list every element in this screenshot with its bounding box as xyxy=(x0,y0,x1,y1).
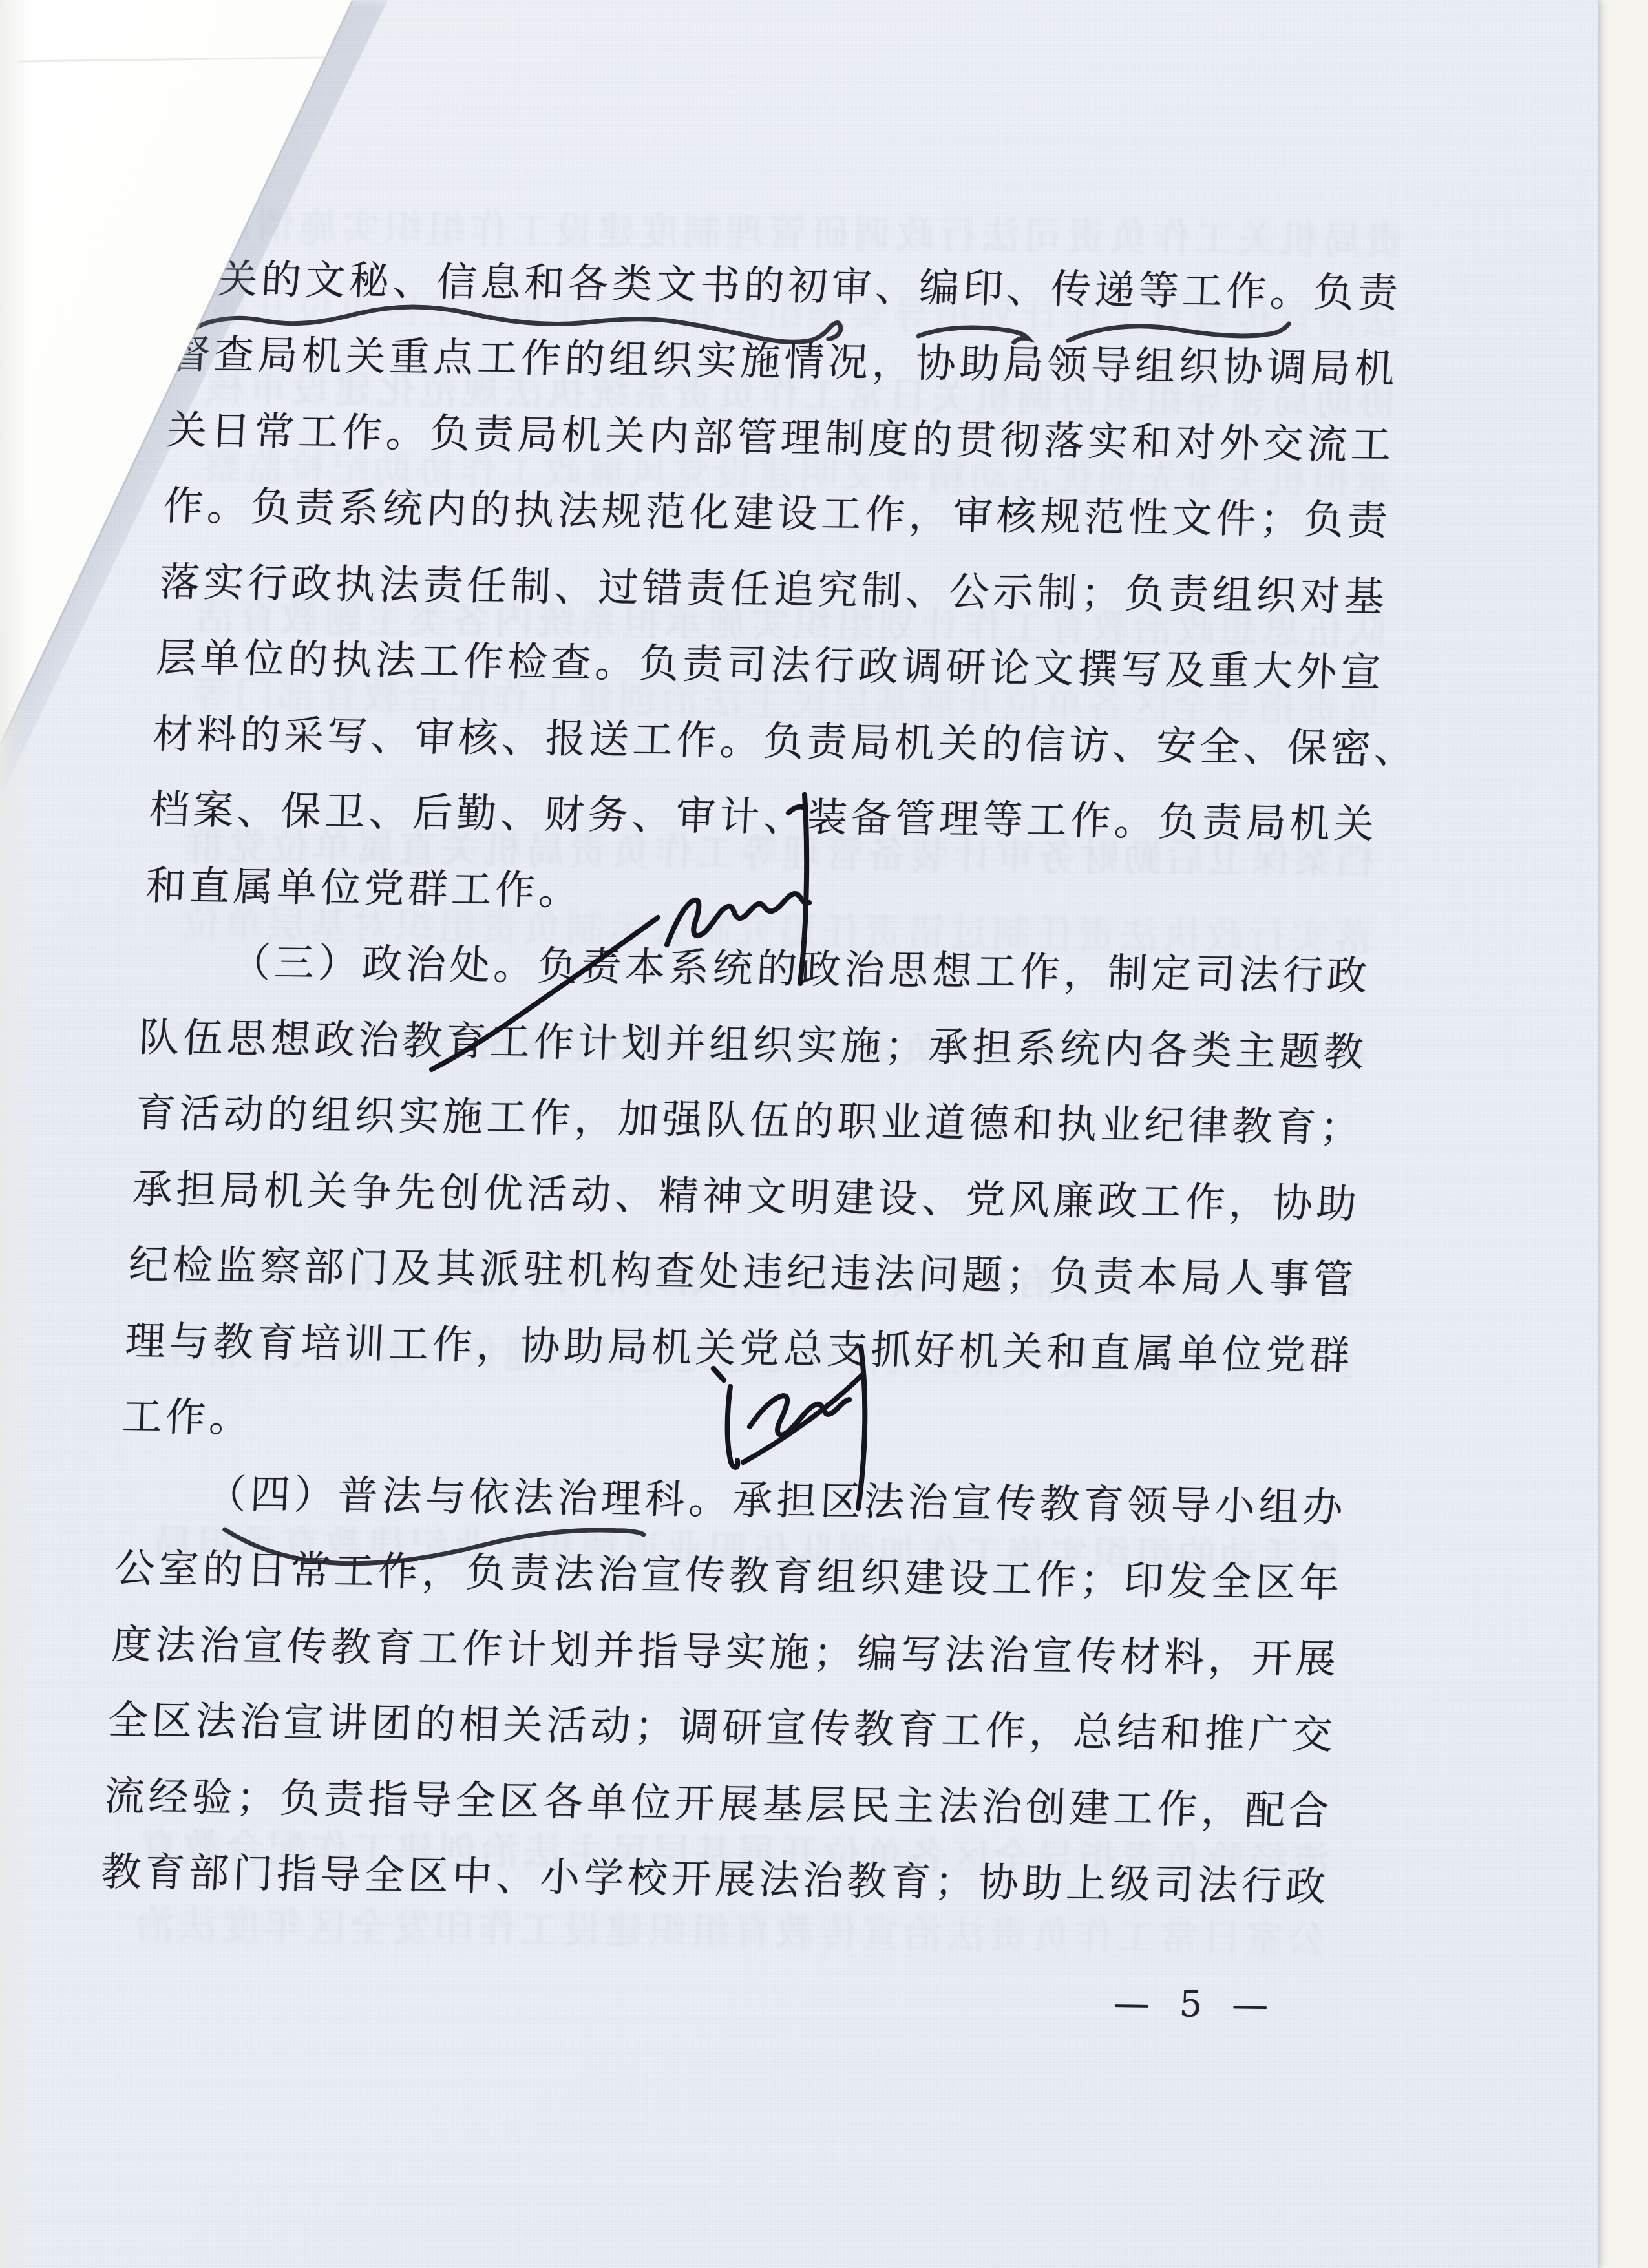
text-line: 队伍思想政治教育工作计划并组织实施；承担系统内各类主题教 xyxy=(138,1017,1368,1086)
text-line: 流经验；负责指导全区各单位开展基层民主法治创建工作，配合 xyxy=(103,1776,1334,1845)
text-line: 档案、保卫、后勤、财务、审计、装备管理等工作。负责局机关 xyxy=(148,790,1379,859)
text-line: 公室的日常工作，负责法治宣传教育组织建设工作；印发全区年 xyxy=(114,1548,1344,1617)
text-line: 材料的采写、审核、报送工作。负责局机关的信访、安全、保密、 xyxy=(151,714,1382,783)
text-line: 教育部门指导全区中、小学校开展法治教育；协助上级司法行政 xyxy=(100,1852,1330,1921)
text-line: 落实行政执法责任制、过错责任追究制、公示制；负责组织对基 xyxy=(158,562,1389,631)
text-line: 关日常工作。负责局机关内部管理制度的贯彻落实和对外交流工 xyxy=(165,410,1396,479)
text-line: 育活动的组织实施工作，加强队伍的职业道德和执业纪律教育； xyxy=(134,1093,1365,1162)
text-line: 纪检监察部门及其派驻机构查处违纪违法问题；负责本局人事管 xyxy=(127,1244,1358,1314)
text-line: 机关的文秘、信息和各类文书的初审、编印、传递等工作。负责 xyxy=(172,258,1402,328)
text-line: 全区法治宣讲团的相关活动；调研宣传教育工作，总结和推广交 xyxy=(107,1700,1337,1769)
text-line: 和直属单位党群工作。 xyxy=(145,866,584,925)
text-line-section-3-head: （三）政治处。负责本系统的政治思想工作，制定司法行政 xyxy=(141,941,1371,1010)
page-number: — 5 — xyxy=(1112,1986,1386,2041)
document-text-block: 机关的文秘、信息和各类文书的初审、编印、传递等工作。负责 督查局机关重点工作的组… xyxy=(89,258,1402,2147)
text-line: 度法治宣传教育工作计划并指导实施；编写法治宣传材料，开展 xyxy=(110,1624,1340,1694)
text-line: 作。负责系统内的执法规范化建设工作，审核规范性文件；负责 xyxy=(162,486,1392,555)
text-line: 理与教育培训工作，协助局机关党总支抓好机关和直属单位党群 xyxy=(124,1321,1355,1390)
text-line: 督查局机关重点工作的组织实施情况，协助局领导组织协调局机 xyxy=(169,334,1399,403)
scanned-document: { "page": { "number_label": "— 5 —", "pa… xyxy=(0,0,1648,2268)
text-line: 承担局机关争先创优活动、精神文明建设、党风廉政工作，协助 xyxy=(131,1169,1361,1238)
text-line: 层单位的执法工作检查。负责司法行政调研论文撰写及重大外宣 xyxy=(155,638,1386,707)
text-line: 工作。 xyxy=(120,1396,253,1452)
text-line-section-4-head: （四）普法与依法治理科。承担区法治宣传教育领导小组办 xyxy=(117,1473,1347,1542)
